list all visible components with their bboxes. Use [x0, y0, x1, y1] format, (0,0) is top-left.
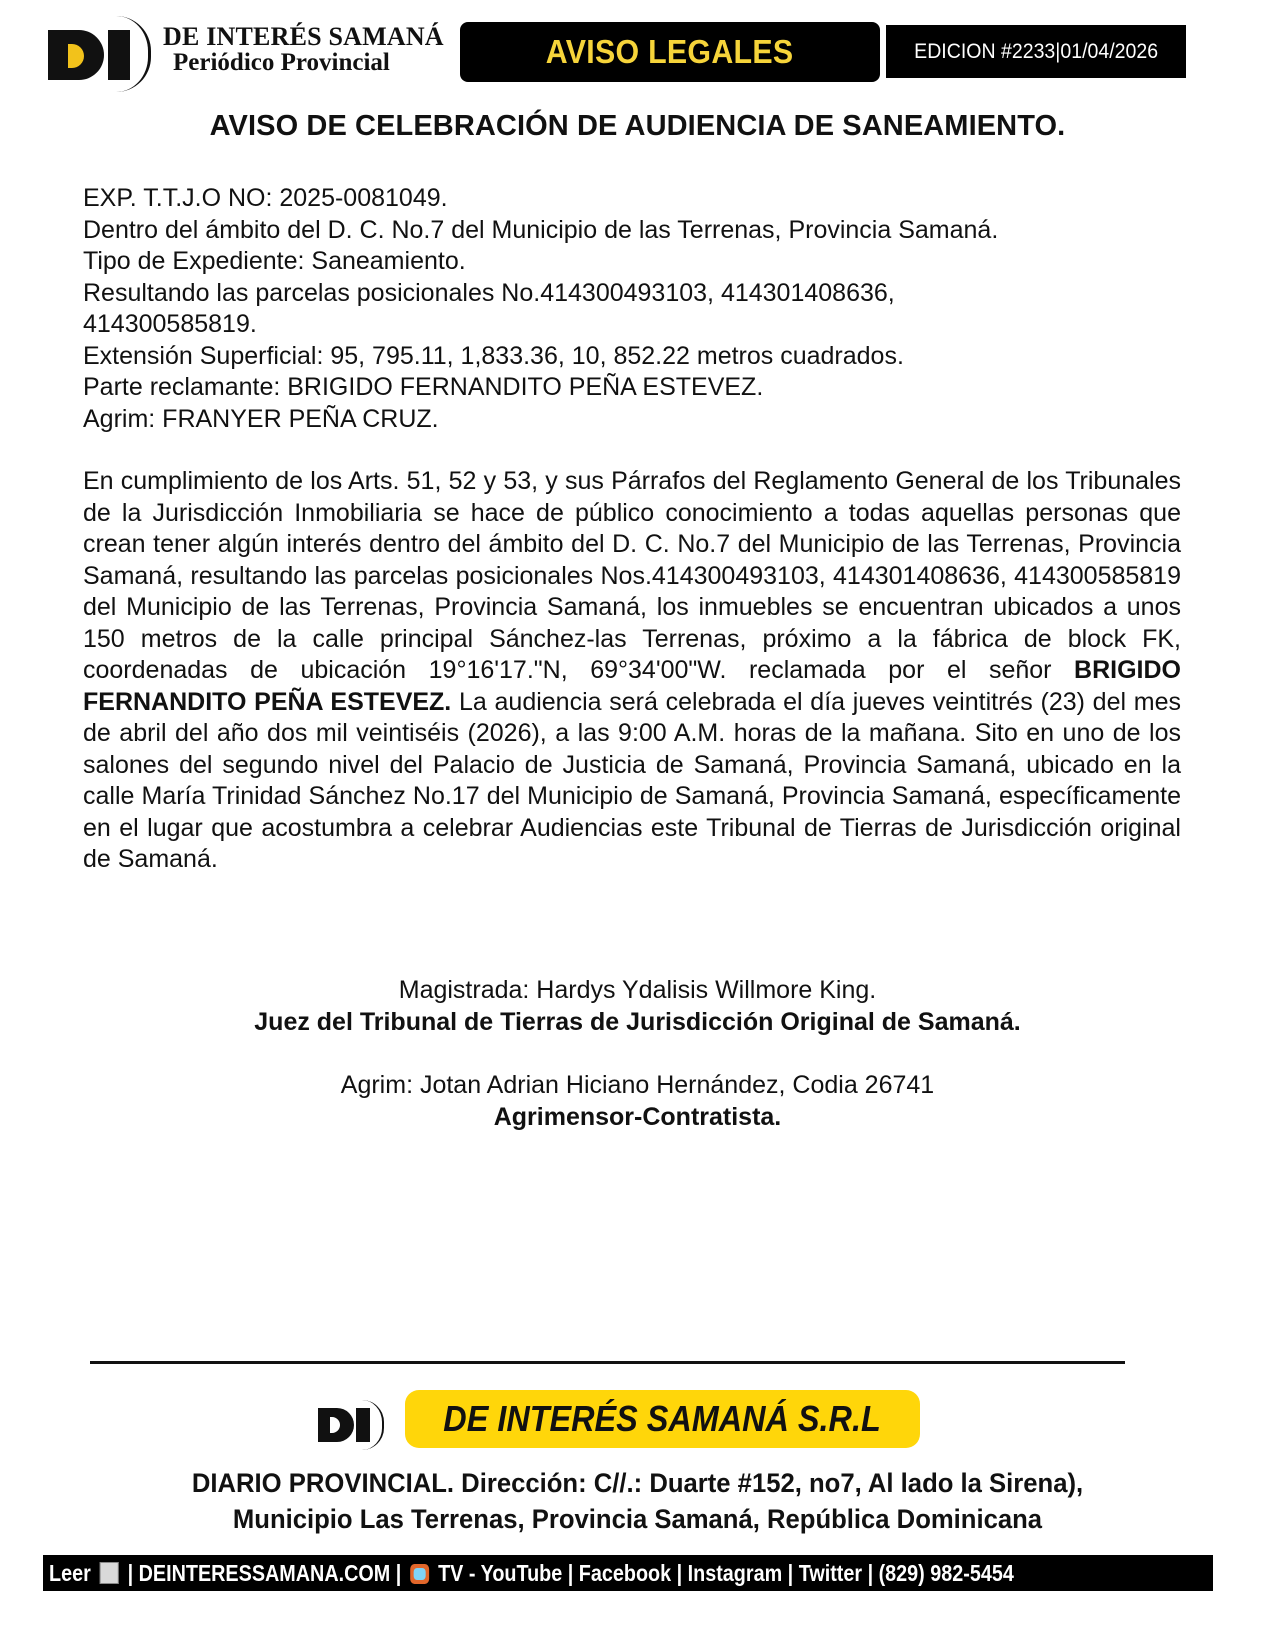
footer-contact-bar: Leer | DEINTERESSAMANA.COM | TV - YouTub…: [43, 1555, 1213, 1591]
section-label: AVISO LEGALES: [546, 33, 794, 71]
footer-company-badge: DE INTERÉS SAMANÁ S.R.L: [405, 1390, 920, 1448]
surveyor-name: Agrim: Jotan Adrian Hiciano Hernández, C…: [0, 1070, 1275, 1102]
notice-body-part1: En cumplimiento de los Arts. 51, 52 y 53…: [83, 467, 1181, 684]
case-surveyor: Agrim: FRANYER PEÑA CRUZ.: [83, 404, 1183, 436]
footer-logo-d-glyph: [318, 1408, 354, 1442]
social-links[interactable]: TV - YouTube | Facebook | Instagram | Tw…: [438, 1560, 1014, 1586]
footer-logo-di: [318, 1400, 398, 1452]
footer-address: DIARIO PROVINCIAL. Dirección: C//.: Duar…: [0, 1465, 1275, 1537]
case-scope: Dentro del ámbito del D. C. No.7 del Mun…: [83, 215, 1183, 247]
signature-surveyor: Agrim: Jotan Adrian Hiciano Hernández, C…: [0, 1070, 1275, 1133]
newspaper-icon: [100, 1562, 119, 1584]
logo-di: [48, 16, 150, 92]
footer-divider: [90, 1361, 1125, 1364]
logo-arc: [116, 16, 151, 92]
tv-icon: [410, 1564, 429, 1584]
case-number: EXP. T.T.J.O NO: 2025-0081049.: [83, 183, 1183, 215]
website-link[interactable]: | DEINTERESSAMANA.COM |: [128, 1560, 402, 1586]
brand-line2: Periódico Provincial: [163, 50, 444, 76]
surveyor-role: Agrimensor-Contratista.: [0, 1102, 1275, 1134]
case-claimant: Parte reclamante: BRIGIDO FERNANDITO PEÑ…: [83, 372, 1183, 404]
address-line2: Municipio Las Terrenas, Provincia Samaná…: [32, 1501, 1243, 1537]
case-type: Tipo de Expediente: Saneamiento.: [83, 246, 1183, 278]
edition-badge: EDICION #2233|01/04/2026: [886, 25, 1186, 78]
logo-d-glyph: [48, 30, 104, 80]
edition-text: EDICION #2233|01/04/2026: [914, 40, 1158, 64]
brand-name: DE INTERÉS SAMANÁ Periódico Provincial: [163, 24, 444, 76]
footer-logo-arc: [362, 1400, 384, 1450]
address-line1: DIARIO PROVINCIAL. Dirección: C//.: Duar…: [32, 1465, 1243, 1501]
brand-line1: DE INTERÉS SAMANÁ: [163, 24, 444, 50]
case-area: Extensión Superficial: 95, 795.11, 1,833…: [83, 341, 1183, 373]
notice-body: En cumplimiento de los Arts. 51, 52 y 53…: [83, 466, 1181, 876]
signature-judge: Magistrada: Hardys Ydalisis Willmore Kin…: [0, 975, 1275, 1038]
footer-contact-text: Leer | DEINTERESSAMANA.COM | TV - YouTub…: [49, 1560, 1014, 1587]
leer-label: Leer: [49, 1560, 91, 1586]
judge-name: Magistrada: Hardys Ydalisis Willmore Kin…: [0, 975, 1275, 1007]
judge-role: Juez del Tribunal de Tierras de Jurisdic…: [0, 1007, 1275, 1039]
section-banner: AVISO LEGALES: [460, 22, 880, 82]
page-title: AVISO DE CELEBRACIÓN DE AUDIENCIA DE SAN…: [0, 110, 1275, 143]
case-parcels-cont: 414300585819.: [83, 309, 1183, 341]
case-parcels: Resultando las parcelas posicionales No.…: [83, 278, 1183, 310]
footer-company-name: DE INTERÉS SAMANÁ S.R.L: [444, 1398, 881, 1440]
case-details: EXP. T.T.J.O NO: 2025-0081049. Dentro de…: [83, 183, 1183, 435]
